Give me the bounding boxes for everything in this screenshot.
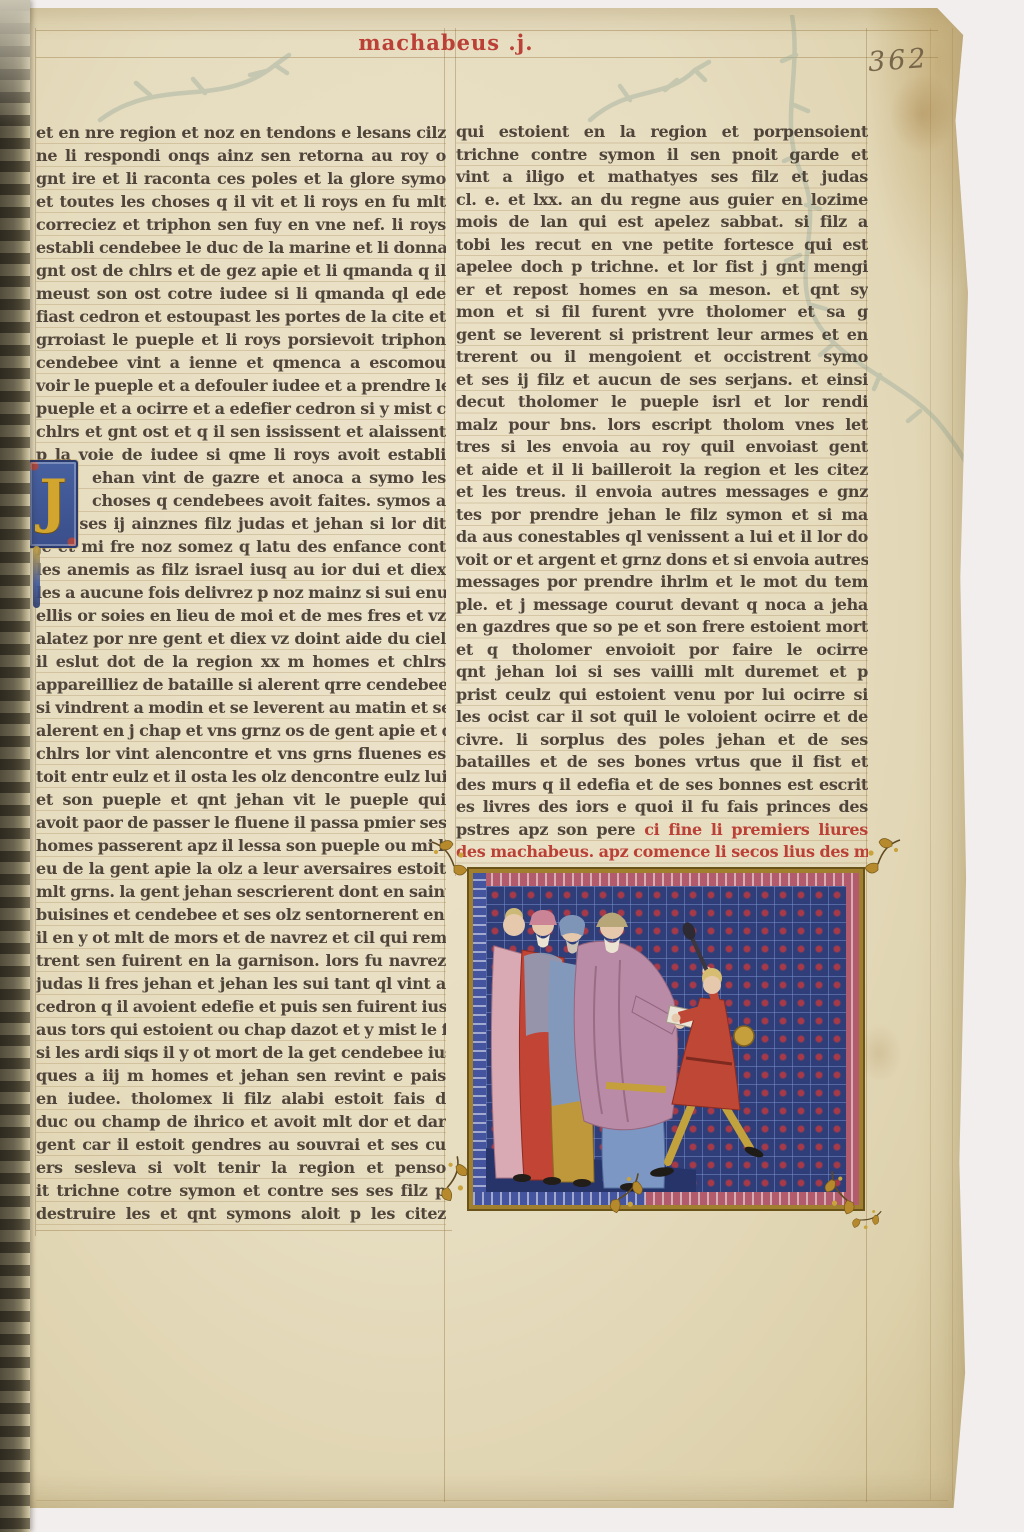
text-line: gent car il estoit gendres au souvrai et… [36,1133,446,1156]
text-line: homes passerent apz il lessa son pueple … [36,834,446,857]
text-line: alerent en j chap et vns grnz os de gent… [36,719,446,742]
ruling-line [36,57,938,58]
text-line: chlrs et gnt ost et q il sen ississent e… [36,420,446,443]
text-line: pela ses ij ainznes filz judas et jehan … [36,512,446,535]
text-line: ne li respondi onqs ainz sen retorna au … [36,144,446,167]
parchment-page: machabeus .j. 362 et en nre region et no… [6,8,968,1508]
text-line: gnt ire et li raconta ces poles et la gl… [36,167,446,190]
text-line: gnt ost de chlrs et de gez apie et li qm… [36,259,446,282]
text-line: des machabeus. apz comence li secos lius… [456,841,868,864]
text-line: er et repost homes en sa meson. et qnt s… [456,279,868,302]
text-line: les anemis as filz israel iusq au ior du… [36,558,446,581]
parchment-stain [890,74,956,154]
text-line: civre. li sorplus des poles jehan et de … [456,729,868,752]
text-line: es livres des iors e quoi il fu fais pri… [456,796,868,819]
text-line: trent sen fuirent en la garnison. lors f… [36,949,446,972]
text-line: trichne contre symon il sen pnoit garde … [456,144,868,167]
text-line: meust son ost cotre iudee si li qmanda q… [36,282,446,305]
text-line: il eslut dot de la region xx m homes et … [36,650,446,673]
ivy-sprig [598,1170,651,1223]
text-line: voit or et argent et grnz dons et si env… [456,549,868,572]
text-line: il en y ot mlt de mors et de navrez et c… [36,926,446,949]
text-line: prist ceulz qui estoient venu por lui oc… [456,684,868,707]
text-line: ple. et j message courut devant q noca a… [456,594,868,617]
text-line: qui estoient en la region et porpensoien… [456,121,868,144]
ruling-line [952,28,953,1500]
ruling-line [36,1230,452,1231]
text-line: et son pueple et qnt jehan vit le pueple… [36,788,446,811]
text-line: duc ou champ de ihrico et avoit mlt dor … [36,1110,446,1133]
text-line: ehan vint de gazre et anoca a symo les [36,466,446,489]
miniature-border-bands [473,873,859,1205]
text-line: et q tholomer envoioit por faire le ocir… [456,639,868,662]
text-line: malz pour bns. lors escript tholom vnes … [456,414,868,437]
text-line: je et mi fre noz somez q latu des enfanc… [36,535,446,558]
text-line: cl. e. et lxx. an du regne aus guier en … [456,189,868,212]
previous-folio-edge [0,0,30,1532]
text-line: apelee doch p trichne. et lor fist j gnt… [456,256,868,279]
ivy-sprig [430,836,476,882]
text-line: destruire les et qnt symons aloit p les … [36,1202,446,1225]
text-line: en iudee. tholomex li filz alabi estoit … [36,1087,446,1110]
text-line: des murs q il edefia et de ses bonnes es… [456,774,868,797]
text-line: aus tors qui estoient ou chap dazot et y… [36,1018,446,1041]
text-line: pueple et a ocirre et a edefier cedron s… [36,397,446,420]
text-line: et en nre region et noz en tendons e les… [36,121,446,144]
text-line: qnt jehan loi si ses vailli mlt duremet … [456,661,868,684]
text-line: et toutes les choses q il vit et li roys… [36,190,446,213]
text-line: tobi les recut en vne petite fortesce qu… [456,234,868,257]
text-line: vint a iligo et mathatyes ses filz et ju… [456,166,868,189]
text-column-1: et en nre region et noz en tendons e les… [36,121,446,1225]
text-line: ques a iij m homes et jehan sen revint e… [36,1064,446,1087]
text-line: et aide et il li bailleroit la region et… [456,459,868,482]
miniature-border-left [473,873,486,1205]
text-line: les a aucune fois delivrez p noz mainz s… [36,581,446,604]
text-line: grroiast le pueple et li roys porsievoit… [36,328,446,351]
decorated-initial: J [28,460,78,548]
text-line: p la voie de iudee si qme li roys avoit … [36,443,446,466]
running-title: machabeus .j. [336,30,556,55]
text-line: et ses ij filz et aucun de ses serjans. … [456,369,868,392]
text-line: en gazdres que so pe et son frere estoie… [456,616,868,639]
text-line: eu de la gent apie la olz a leur aversai… [36,857,446,880]
initial-letter-glyph: J [30,462,76,540]
text-line: judas li fres jehan et jehan les sui tan… [36,972,446,995]
text-line: da aus conestables ql venissent a lui et… [456,526,868,549]
miniature-diaper-field [486,886,846,1192]
ivy-sprig [856,834,902,880]
text-line: choses q cendebees avoit faites. symos a [36,489,446,512]
text-line: cendebee vint a ienne et qmenca a escomo… [36,351,446,374]
text-line: establi cendebee le duc de la marine et … [36,236,446,259]
text-line: voir le pueple et a defouler iudee et a … [36,374,446,397]
text-line: alatez por nre gent et diex vz doint aid… [36,627,446,650]
text-line: mois de lan qui est apelez sabbat. si fi… [456,211,868,234]
ruling-line [36,1500,948,1501]
text-line: cedron q il avoient edefie et puis sen f… [36,995,446,1018]
text-line: les ocist car il sot quil le voloient oc… [456,706,868,729]
text-line: correciez et triphon sen fuy en vne nef.… [36,213,446,236]
text-line: si les ardi siqs il y ot mort de la get … [36,1041,446,1064]
text-line: fiast cedron et estoupast les portes de … [36,305,446,328]
text-line: ers sesleva si volt tenir la region et p… [36,1156,446,1179]
manuscript-photo: machabeus .j. 362 et en nre region et no… [0,0,1024,1532]
text-line: gent se leverent si pristrent leur armes… [456,324,868,347]
text-line: mlt grns. la gent jehan sescrierent dont… [36,880,446,903]
text-line: si vindrent a modin et se leverent au ma… [36,696,446,719]
text-line: pstres apz son pere ci fine li premiers … [456,819,868,842]
text-line: trerent ou il mengoient et occistrent sy… [456,346,868,369]
initial-extender [33,546,40,608]
text-line: appareilliez de bataille si alerent qrre… [36,673,446,696]
ruling-line [930,28,931,1500]
miniature-scene [486,886,846,1192]
text-line: ellis or soies en lieu de moi et de mes … [36,604,446,627]
text-line: tes por prendre jehan le filz symon et s… [456,504,868,527]
text-line: chlrs lor vint alencontre et vns grns fl… [36,742,446,765]
text-line: buisines et cendebee et ses olz sentorne… [36,903,446,926]
text-line: mon et si fil furent yvre tholomer et sa… [456,301,868,324]
text-line: toit entr eulz et il osta les olz dencon… [36,765,446,788]
text-line: et les treus. il envoia autres messages … [456,481,868,504]
text-column-2: qui estoient en la region et porpensoien… [456,121,868,864]
text-line: tres si les envoia au roy quil envoiast … [456,436,868,459]
folio-number: 362 [867,41,959,78]
text-line: it trichne cotre symon et contre ses ses… [36,1179,446,1202]
text-line: decut tholomer le pueple isrl et lor ren… [456,391,868,414]
text-line: messages por prendre ihrlm et le mot du … [456,571,868,594]
text-line: avoit paor de passer le fluene il passa … [36,811,446,834]
miniature [468,868,864,1210]
text-line: batailles et de ses bones vrtus que il f… [456,751,868,774]
